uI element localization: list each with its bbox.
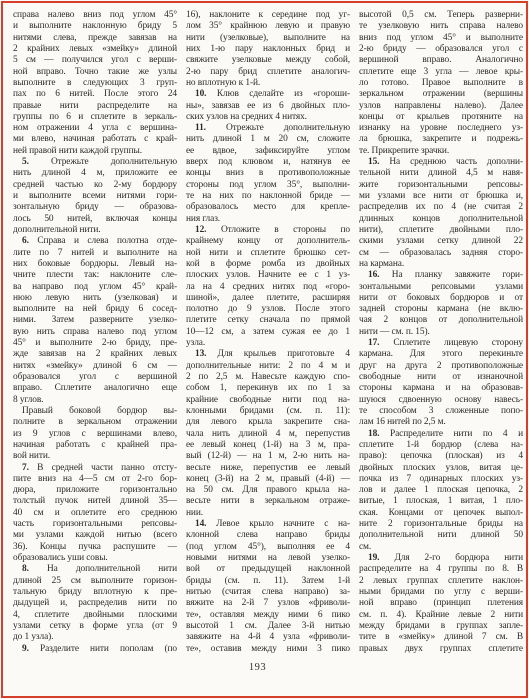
item-number: 10.	[195, 89, 217, 99]
text-line: 2 по 2,5 м. Навесьте каждую спо-	[186, 372, 350, 383]
text-line: те на них по наклонной бриде —	[186, 191, 350, 202]
text-line: изнанку на уровне последнего уз-	[359, 123, 523, 134]
text-line: зонтальными репсовыми узлами	[359, 282, 523, 293]
text-line: нить длиной 1 м 20 см, сложите	[186, 134, 350, 145]
text-line: ми узлами каждой нитью (всего	[13, 530, 177, 541]
text-line: полните в зеркальном отражении	[13, 417, 177, 428]
text-line: 13. Для крыльев приготовьте 4	[186, 349, 350, 360]
text-line: нити (узелковые), выполните на	[186, 33, 350, 44]
text-line: те узелковую нить справа налево	[359, 21, 523, 32]
text-line: весьте нити в зеркальном отраже-	[186, 496, 350, 507]
text-line: группы по 6 и сплетите в зеркаль-	[13, 112, 177, 123]
text-line: них 1-ю пару наклонных брид и	[186, 44, 350, 55]
item-number: 11.	[195, 123, 226, 133]
text-line: распределив их по 4 (не считая 2	[359, 202, 523, 213]
text-line: высотой 1 см. Далее 3-й нитью	[186, 621, 350, 632]
text-line: свяжите узелковые между собой,	[186, 55, 350, 66]
text-line: правые нити распределите на	[13, 101, 177, 112]
text-line: ее левый конец (1-й) на 3 м, пра-	[186, 440, 350, 451]
text-line: до 1 узла).	[13, 632, 177, 643]
item-number: 8.	[22, 564, 47, 574]
text-line: ной вправо (принцип плетения	[359, 598, 523, 609]
text-line: те. Прикрепите зрачки.	[359, 146, 523, 157]
text-line: тите в «змейку» длиной 7 см. В	[359, 632, 523, 643]
text-line: на 50 см. Для правого крыла на-	[186, 485, 350, 496]
paragraph-indent	[13, 469, 22, 470]
text-line: вой от предыдущей наклонной	[186, 564, 350, 575]
text-line: шуюся сдвоенную основу навесь-	[359, 395, 523, 406]
text-line: 5. Отрежьте дополнительную	[13, 157, 177, 168]
text-line: длинных концов дополнительной	[359, 214, 523, 225]
text-line: нии.	[186, 508, 350, 519]
text-line: вой нити.	[13, 451, 177, 462]
text-line: 18. Распределите нити по 4 и	[359, 429, 523, 440]
paragraph-indent	[359, 559, 368, 560]
text-line: плетите сетку сначала по прямой	[186, 315, 350, 326]
item-number: 19.	[368, 553, 394, 563]
paragraph-indent	[13, 650, 22, 651]
text-line: ла брюшка, закрепите и подрежь-	[359, 134, 523, 145]
text-line: и выполните всеми нитями гори-	[13, 191, 177, 202]
text-line: 2-ю пару брид сплетите аналогич-	[186, 67, 350, 78]
paragraph-indent	[186, 525, 195, 526]
item-number: 15.	[368, 157, 389, 167]
text-line: ми узлами все нити от брюшка и,	[359, 191, 523, 202]
text-line: весьте ниже, перепустив ее левый	[186, 463, 350, 474]
text-line: из 9 углов с вершинами влево,	[13, 429, 177, 440]
text-line: чала нить длиной 4 м, перепустив	[186, 429, 350, 440]
text-line: дыдущей и, распределив нити по	[13, 598, 177, 609]
text-line: выполните на ней бриду 6 сосед-	[13, 304, 177, 315]
item-number: 6.	[22, 236, 37, 246]
item-number: 17.	[368, 338, 393, 348]
text-line: ными бридами по углу с верши-	[359, 587, 523, 598]
text-line: плоских узлов. Начните ее с 1 уз-	[186, 270, 350, 281]
text-line: кармана. Для этого перекиньте	[359, 349, 523, 360]
text-line: вершиной вправо. Аналогично	[359, 55, 523, 66]
text-line: скими узлами сетку длиной 22	[359, 236, 523, 247]
text-line: 2 крайних левых «змейку» длиной	[13, 44, 177, 55]
text-line: лось 50 нитей, включая концы	[13, 214, 177, 225]
text-line: дополнительной нити длиной 50	[359, 530, 523, 541]
text-line: те», оставив между ними 3 пико	[186, 644, 350, 655]
text-line: 7. В средней части панно отсту-	[13, 463, 177, 474]
text-line: сплетите 1-й бордюр (слева на-	[359, 440, 523, 451]
text-line: но вплотную к 1-й.	[186, 78, 350, 89]
paragraph-indent	[13, 570, 22, 571]
text-line: 4, сплетите двойными плоскими	[13, 610, 177, 621]
text-line: 2 левых группах сплетите наклон-	[359, 576, 523, 587]
text-line: толстый пучок нитей длиной 35—	[13, 496, 177, 507]
text-line: ских узлов на средних 4 нитях.	[186, 112, 350, 123]
text-line: сплетите еще 3 угла — левое кры-	[359, 67, 523, 78]
text-line: правых двух группах сплетите	[359, 644, 523, 655]
text-line: пите вниз на 4—5 см от 2-го бор-	[13, 474, 177, 485]
text-line: ними. Затем разверните узелко-	[13, 315, 177, 326]
text-line: 8. На дополнительной нити	[13, 564, 177, 575]
text-line: часть горизонтальными репсовы-	[13, 519, 177, 530]
text-line: ми влево, начиная работать с край-	[13, 134, 177, 145]
page-number: 193	[0, 662, 515, 673]
text-line: нити от боковых бордюров и от	[359, 293, 523, 304]
text-line: бриды (см. п. 11). Затем 1-й	[186, 576, 350, 587]
text-line: вправо. Сплетите аналогично еще	[13, 383, 177, 394]
text-line: лом 35° крайнюю левую и правую	[186, 21, 350, 32]
text-line: нитями слева, прежде завязав на	[13, 33, 177, 44]
text-line: 45° и выполните 2-ю бриду, пре-	[13, 338, 177, 349]
text-line: 40 см и оплетите его среднюю	[13, 508, 177, 519]
text-line: нюю левую нить (узелковая) и	[13, 293, 177, 304]
paragraph-indent	[13, 242, 22, 243]
text-line: них боковые бордюры. Левый на-	[13, 259, 177, 270]
text-line: полотно до 9 узлов. После этого	[186, 304, 350, 315]
text-line: вверх под клювом и, натянув ее	[186, 157, 350, 168]
text-line: 19. Для 2-го бордюра нити	[359, 553, 523, 564]
text-line: жде завязав на 2 крайних левых	[13, 349, 177, 360]
text-line: ская. Концами от цепочек выпол-	[359, 508, 523, 519]
text-line: длиной 25 см выполните горизон-	[13, 576, 177, 587]
text-line: нити — см. п. 15).	[359, 327, 523, 338]
text-columns: справа налево вниз под углом 45°и выполн…	[13, 10, 523, 655]
text-line: ее вдвое, зафиксируйте углом	[186, 146, 350, 157]
paragraph-indent	[359, 276, 368, 277]
text-line: дополнительной нити.	[13, 225, 177, 236]
text-line: 15. На среднюю часть дополни-	[359, 157, 523, 168]
column-2: 16), наклоните к середине под уг-лом 35°…	[186, 10, 350, 655]
text-line: крайние свободные нити под на-	[186, 395, 350, 406]
paragraph-indent	[359, 344, 368, 345]
text-line: право): цепочка (плоская) из 4	[359, 451, 523, 462]
text-line: 8 углов.	[13, 395, 177, 406]
text-line: 16. На планку завяжите гори-	[359, 270, 523, 281]
text-line: на кармана.	[359, 259, 523, 270]
text-line: 2-ю бриду — образовался угол с	[359, 44, 523, 55]
text-line: распределите на 4 группы по 8. В	[359, 564, 523, 575]
text-line: лите по 7 нитей и выполните на	[13, 248, 177, 259]
text-line: 14. Левое крыло начните с на-	[186, 519, 350, 530]
item-number: 7.	[22, 463, 37, 473]
text-line: жите горизонтальными репсовы-	[359, 180, 523, 191]
text-line: вяжите на 2-й 7 узлов «фриволи-	[186, 598, 350, 609]
text-line: ном отражении 4 угла с вершина-	[13, 123, 177, 134]
text-line: между бридами в группах запле-	[359, 621, 523, 632]
text-line: узлами сетку в форме угла (от 9	[13, 621, 177, 632]
column-3: высотой 0,5 см. Теперь разверни-те узелк…	[359, 10, 523, 655]
text-line: завяжите на 4-й 4 узла «фриволи-	[186, 632, 350, 643]
text-line: 12. Отложите в стороны по	[186, 225, 350, 236]
text-line: друг на друга 2 противоположные	[359, 361, 523, 372]
text-line: образовалось место для крепле-	[186, 202, 350, 213]
text-line: ло готово. Правое выполните в	[359, 78, 523, 89]
text-line: ней правой нити каждой группы.	[13, 146, 177, 157]
item-number: 13.	[195, 349, 218, 359]
item-number: 14.	[195, 519, 216, 529]
text-line: средней частью ко 2-му бордюру	[13, 180, 177, 191]
paragraph-indent	[186, 95, 195, 96]
column-1: справа налево вниз под углом 45°и выполн…	[13, 10, 177, 655]
text-line: ной вправо. Точно такие же узлы	[13, 67, 177, 78]
text-line: зонтальную бриду — образова-	[13, 202, 177, 213]
text-line: узлов направлены налево). Далее	[359, 101, 523, 112]
item-number: 5.	[22, 157, 51, 167]
text-line: тельной нити длиной 4,5 м навя-	[359, 168, 523, 179]
text-line: нити), сплетите двойными пло-	[359, 225, 523, 236]
text-line: вый (12-й) — на 1 м, 2-ю нить на-	[186, 451, 350, 462]
text-line: концы вниз в противоположные	[186, 168, 350, 179]
text-line: образовался угол с вершиной	[13, 372, 177, 383]
paragraph-indent	[13, 412, 22, 413]
text-line: 16), наклоните к середине под уг-	[186, 10, 350, 21]
text-line: двойных плоских узлов, витая це-	[359, 463, 523, 474]
text-line: см.	[359, 542, 523, 553]
text-line: 36). Концы пучка распушите —	[13, 542, 177, 553]
text-line: свободные нити от изнаночной	[359, 372, 523, 383]
text-line: 11. Отрежьте дополнительную	[186, 123, 350, 134]
text-line: пах по 6 нитей. После этого 24	[13, 89, 177, 100]
text-line: 9. Разделите нити пополам (по	[13, 644, 177, 655]
text-line: ной нити и сплетите брюшко сет-	[186, 248, 350, 259]
text-line: см. п. 4). Крайние левые 2 нити	[359, 610, 523, 621]
text-line: стороны под углом 35°, выполни-	[186, 180, 350, 191]
scanned-book-page: справа налево вниз под углом 45°и выполн…	[0, 0, 529, 699]
text-line: чните плести так: наклоните сле-	[13, 270, 177, 281]
text-line: почка из 7 одинарных плоских уз-	[359, 474, 523, 485]
text-line: 5 см — получился угол с верши-	[13, 55, 177, 66]
text-line: узла.	[186, 338, 350, 349]
text-line: вниз под углом 45° и выполните	[359, 33, 523, 44]
text-line: клонными бридами (см. п. 11):	[186, 406, 350, 417]
item-number: 18.	[368, 429, 390, 439]
text-line: 17. Сплетите лицевую сторону	[359, 338, 523, 349]
text-line: ны», завязав ее из 6 двойных пло-	[186, 101, 350, 112]
text-line: образовались уши совы.	[13, 553, 177, 564]
text-line: зеркальном отражении (вершины	[359, 89, 523, 100]
paragraph-indent	[186, 231, 195, 232]
text-line: конец (3-й) на 2 м, правый (4-й) —	[186, 474, 350, 485]
text-line: 10. Клюв сделайте из «гороши-	[186, 89, 350, 100]
text-line: начиная работать с крайней пра-	[13, 440, 177, 451]
text-line: нитях «змейку» длиной 6 см —	[13, 361, 177, 372]
text-line: вую нить справа налево под углом	[13, 327, 177, 338]
text-line: концы от крыльев протяните на	[359, 112, 523, 123]
text-line: стороны кармана и на образовав-	[359, 383, 523, 394]
text-line: высотой 0,5 см. Теперь разверни-	[359, 10, 523, 21]
paragraph-indent	[13, 163, 22, 164]
text-line: см — образовалась задняя сторо-	[359, 248, 523, 259]
text-line: дюра, приложите горизонтально	[13, 485, 177, 496]
text-line: шиной», далее плетите, расширяя	[186, 293, 350, 304]
text-line: ла на 4 средних нитях под «горо-	[186, 282, 350, 293]
text-line: лам 16 нитей по 2,5 м.	[359, 417, 523, 428]
text-line: 6. Справа и слева полотна отде-	[13, 236, 177, 247]
text-line: те способом 3 сложенные попо-	[359, 406, 523, 417]
text-line: новыми нитями на левой узелко-	[186, 553, 350, 564]
text-line: (под углом 45°), выполняя ее 4	[186, 542, 350, 553]
text-line: нитью (считая слева направо) за-	[186, 587, 350, 598]
text-line: нить длиной 4 м, приложите ее	[13, 168, 177, 179]
item-number: 12.	[195, 225, 221, 235]
text-line: витые, 1 плоская, 1 витая, 1 пло-	[359, 496, 523, 507]
paragraph-indent	[359, 435, 368, 436]
text-line: чая 2 концов от дополнительной	[359, 315, 523, 326]
paragraph-indent	[359, 163, 368, 164]
text-line: клонной слева направо бриды	[186, 530, 350, 541]
text-line: дополнительные нити: 2 по 4 м и	[186, 361, 350, 372]
text-line: ния глаз.	[186, 214, 350, 225]
text-line: 10—12 см, а затем сужая ее до 1	[186, 327, 350, 338]
text-line: тальную бриду вплотную к пре-	[13, 587, 177, 598]
text-line: Правый боковой бордюр вы-	[13, 406, 177, 417]
text-line: ва направо под углом 45° край-	[13, 282, 177, 293]
text-line: для левого крыла закрепите сна-	[186, 417, 350, 428]
text-line: и выполните наклонную бриду 5	[13, 21, 177, 32]
text-line: справа налево вниз под углом 45°	[13, 10, 177, 21]
paragraph-indent	[186, 129, 195, 130]
paragraph-indent	[186, 355, 195, 356]
text-line: крайнему концу от дополнитель-	[186, 236, 350, 247]
text-line: кой в форме ромба из двойных	[186, 259, 350, 270]
item-number: 9.	[22, 644, 40, 654]
item-number: 16.	[368, 270, 392, 280]
text-line: задней стороны кармана (не вклю-	[359, 304, 523, 315]
text-line: выполните в следующих 3 груп-	[13, 78, 177, 89]
text-line: те», оставляя между ними 6 пико	[186, 610, 350, 621]
text-line: лов и далее 1 плоская цепочка, 2	[359, 485, 523, 496]
text-line: ните 2 горизонтальные бриды на	[359, 519, 523, 530]
text-line: собом 1, перекинув их по 1 за	[186, 383, 350, 394]
